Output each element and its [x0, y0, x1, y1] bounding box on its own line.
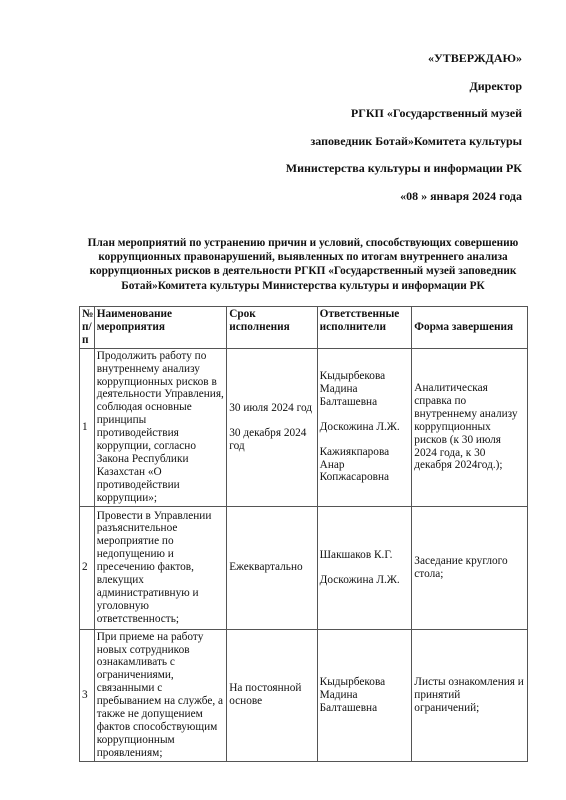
- term-line: 30 декабря 2024 год: [229, 427, 314, 453]
- document-title: План мероприятий по устранению причин и …: [70, 236, 536, 293]
- plan-table: № п/п Наименование мероприятия Срок испо…: [79, 306, 528, 762]
- header-form: Форма завершения: [412, 307, 528, 349]
- row-responsible: Кыдырбекова Мадина Балташевна: [317, 629, 412, 761]
- row-form: Листы ознакомления и принятий ограничени…: [412, 629, 528, 761]
- responsible-person: Кыдырбекова Мадина Балташевна: [320, 676, 410, 715]
- header-term: Срок исполнения: [227, 307, 317, 349]
- responsible-person: Шакшаков К.Г.: [320, 549, 410, 562]
- row-term: Ежеквартально: [227, 506, 317, 629]
- table-row: 1 Продолжить работу по внутреннему анали…: [80, 348, 528, 506]
- responsible-person: Кыдырбекова Мадина Балташевна: [320, 370, 410, 409]
- row-name: При приеме на работу новых сотрудников о…: [94, 629, 227, 761]
- header-num: № п/п: [80, 307, 95, 349]
- row-responsible: Шакшаков К.Г. Доскожина Л.Ж.: [317, 506, 412, 629]
- approval-position: Директор: [286, 78, 522, 106]
- term-line: 30 июля 2024 год: [229, 402, 314, 415]
- approval-org-line-3: Министерства культуры и информации РК: [286, 160, 522, 188]
- table-row: 3 При приеме на работу новых сотрудников…: [80, 629, 528, 761]
- responsible-person: Кажиякпарова Анар Копжасаровна: [320, 446, 410, 485]
- row-form: Заседание круглого стола;: [412, 506, 528, 629]
- responsible-person: Доскожина Л.Ж.: [320, 421, 410, 434]
- approval-org-line-1: РГКП «Государственный музей: [286, 105, 522, 133]
- approval-stamp: «УТВЕРЖДАЮ»: [286, 50, 522, 78]
- row-name: Продолжить работу по внутреннему анализу…: [94, 348, 227, 506]
- row-num: 2: [80, 506, 95, 629]
- header-responsible: Ответственные исполнители: [317, 307, 412, 349]
- term-line: Ежеквартально: [229, 561, 314, 574]
- row-form: Аналитическая справка по внутреннему ана…: [412, 348, 528, 506]
- row-num: 1: [80, 348, 95, 506]
- approval-block: «УТВЕРЖДАЮ» Директор РГКП «Государственн…: [286, 50, 522, 216]
- row-term: На постоянной основе: [227, 629, 317, 761]
- row-name: Провести в Управлении разъяснительное ме…: [94, 506, 227, 629]
- responsible-person: Доскожина Л.Ж.: [320, 574, 410, 587]
- row-responsible: Кыдырбекова Мадина Балташевна Доскожина …: [317, 348, 412, 506]
- table-header-row: № п/п Наименование мероприятия Срок испо…: [80, 307, 528, 349]
- row-num: 3: [80, 629, 95, 761]
- approval-date: «08 » января 2024 года: [286, 188, 522, 216]
- header-name: Наименование мероприятия: [94, 307, 227, 349]
- term-line: На постоянной основе: [229, 682, 314, 708]
- row-term: 30 июля 2024 год 30 декабря 2024 год: [227, 348, 317, 506]
- table-row: 2 Провести в Управлении разъяснительное …: [80, 506, 528, 629]
- approval-org-line-2: заповедник Ботай»Комитета культуры: [286, 133, 522, 161]
